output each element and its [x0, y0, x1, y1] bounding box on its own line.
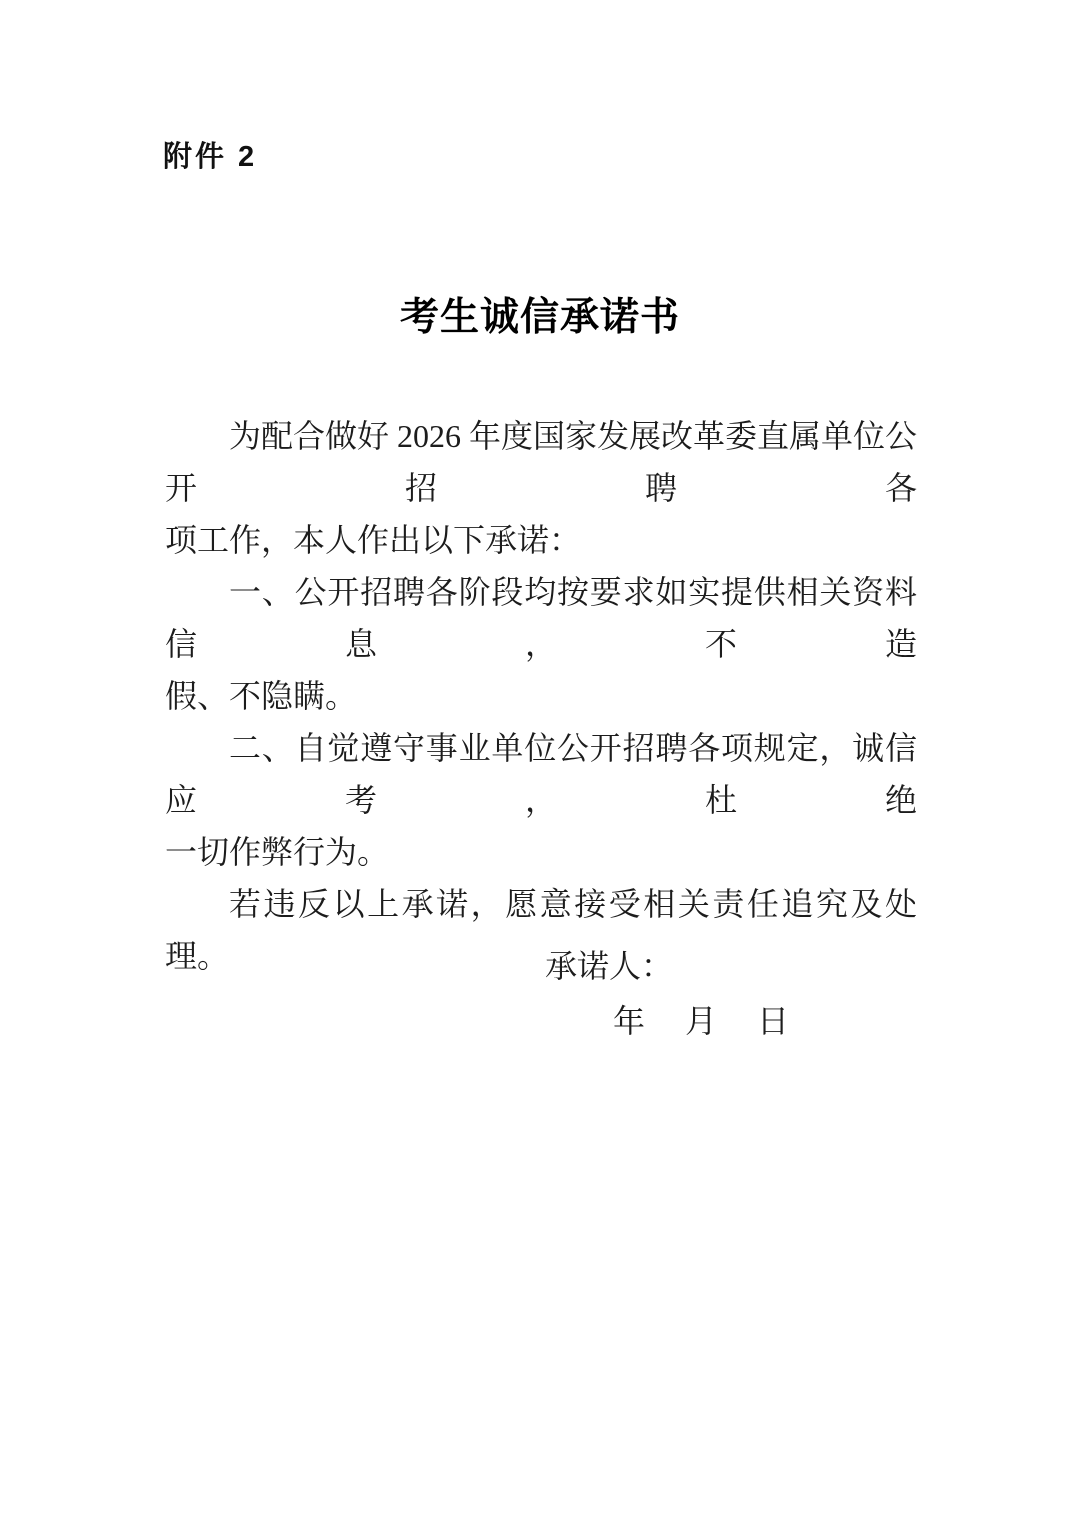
page-title: 考生诚信承诺书	[0, 296, 1080, 341]
signer-label: 承诺人：	[545, 948, 673, 985]
body-line: 假、不隐瞒。	[165, 670, 917, 722]
body-line: 二、自觉遵守事业单位公开招聘各项规定，诚信应考，杜绝	[165, 722, 917, 826]
body-line: 为配合做好 2026 年度国家发展改革委直属单位公开招聘各	[165, 410, 917, 514]
document-body: 为配合做好 2026 年度国家发展改革委直属单位公开招聘各 项工作，本人作出以下…	[165, 410, 917, 982]
document-page: 附件 2 考生诚信承诺书 为配合做好 2026 年度国家发展改革委直属单位公开招…	[0, 0, 1080, 1527]
body-line: 一、公开招聘各阶段均按要求如实提供相关资料信息，不造	[165, 566, 917, 670]
body-line: 项工作，本人作出以下承诺：	[165, 514, 917, 566]
date-line: 年 月 日	[613, 1003, 793, 1040]
body-line: 一切作弊行为。	[165, 826, 917, 878]
attachment-label: 附件 2	[163, 141, 257, 174]
body-line: 若违反以上承诺，愿意接受相关责任追究及处理。	[165, 878, 917, 982]
